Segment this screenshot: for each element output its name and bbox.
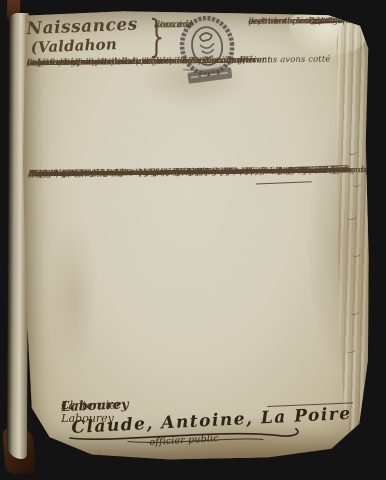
photo-background: Naissances (Valdahon } L'an mildouze les… (0, 0, 386, 480)
manuscript-line: dessus. (29, 168, 60, 180)
fiscal-stamp-icon (166, 9, 251, 92)
manuscript-line: avec moy ; fait en la maison commune du … (29, 164, 337, 179)
register-title: Naissances (26, 14, 138, 39)
register-commune: (Valdahon (30, 35, 117, 57)
manuscript-page: Naissances (Valdahon } L'an mildouze les… (18, 8, 373, 462)
ink-rule (256, 181, 312, 184)
manuscript-line: au premier janvier de lad. année (27, 55, 171, 68)
paper-stain (48, 220, 99, 370)
